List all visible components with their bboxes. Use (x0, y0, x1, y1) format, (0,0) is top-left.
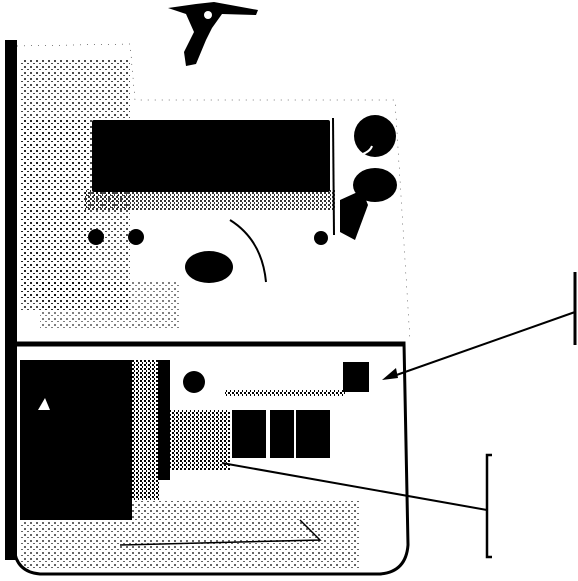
terminal-block-d (296, 410, 330, 458)
hanger-bracket (168, 2, 258, 66)
callout-lower-bracket (487, 455, 492, 557)
optical-port-lens (185, 251, 233, 283)
terminal-block-c (270, 410, 294, 458)
indicator-hole-2 (128, 229, 144, 245)
seal-knob-upper (354, 115, 396, 157)
terminal-block-main (20, 360, 132, 520)
meter-figure (0, 0, 578, 581)
terminal-compartment (14, 343, 408, 574)
terminal-block-a (170, 410, 230, 470)
terminal-block-b (232, 410, 266, 458)
communication-module (343, 362, 369, 392)
mid-shading (40, 280, 180, 330)
terminal-screw (183, 371, 205, 393)
indicator-hole-1 (88, 229, 104, 245)
arrowhead-icon (382, 368, 398, 380)
callout-upper (382, 272, 575, 380)
callout-upper-leader (388, 312, 575, 378)
lcd-display (92, 120, 330, 192)
indicator-hole-3 (314, 231, 328, 245)
optical-port-ring (230, 220, 266, 282)
seal-wire (340, 190, 368, 240)
display-shadow (85, 190, 335, 210)
